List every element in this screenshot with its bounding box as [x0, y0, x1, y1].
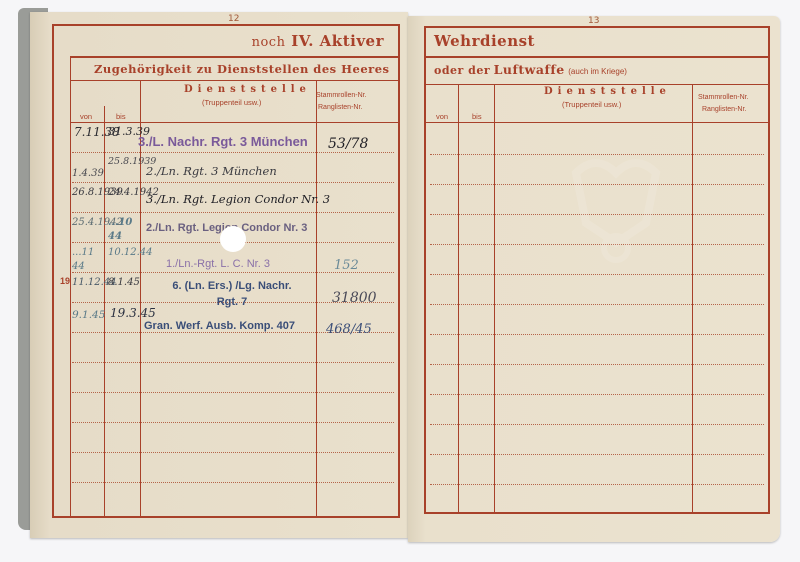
right-page: 13 Wehrdienst oder der Luftwaffe (auch i…	[408, 16, 780, 542]
eagle-watermark-icon	[566, 153, 666, 263]
section-subtitle: oder der Luftwaffe (auch im Kriege)	[434, 62, 627, 77]
col-dienststelle: Dienststelle	[544, 86, 671, 97]
punch-hole	[220, 226, 246, 252]
col-von: von	[436, 112, 448, 121]
col-ranglisten: Ranglisten-Nr.	[318, 104, 362, 111]
col-stammrollen: Stammrollen-Nr.	[698, 94, 749, 101]
page-title: noch IV. Aktiver	[252, 32, 384, 50]
col-dienststelle-sub: (Truppenteil usw.)	[202, 98, 261, 107]
col-dienststelle-sub: (Truppenteil usw.)	[562, 100, 621, 109]
col-bis: bis	[116, 112, 126, 121]
page-title: Wehrdienst	[434, 32, 535, 50]
section-subtitle: Zugehörigkeit zu Dienststellen des Heere…	[94, 62, 390, 76]
col-von: von	[80, 112, 92, 121]
left-page: 12 noch IV. Aktiver Zugehörigkeit zu Die…	[30, 12, 408, 538]
col-ranglisten: Ranglisten-Nr.	[702, 106, 746, 113]
col-bis: bis	[472, 112, 482, 121]
page-number: 12	[228, 14, 239, 24]
form-frame: Wehrdienst oder der Luftwaffe (auch im K…	[424, 26, 770, 514]
form-frame: noch IV. Aktiver Zugehörigkeit zu Dienst…	[52, 24, 400, 518]
page-number: 13	[588, 16, 599, 26]
row-marker: 19	[60, 276, 70, 286]
col-stammrollen: Stammrollen-Nr.	[316, 92, 367, 99]
col-dienststelle: Dienststelle	[184, 84, 311, 95]
